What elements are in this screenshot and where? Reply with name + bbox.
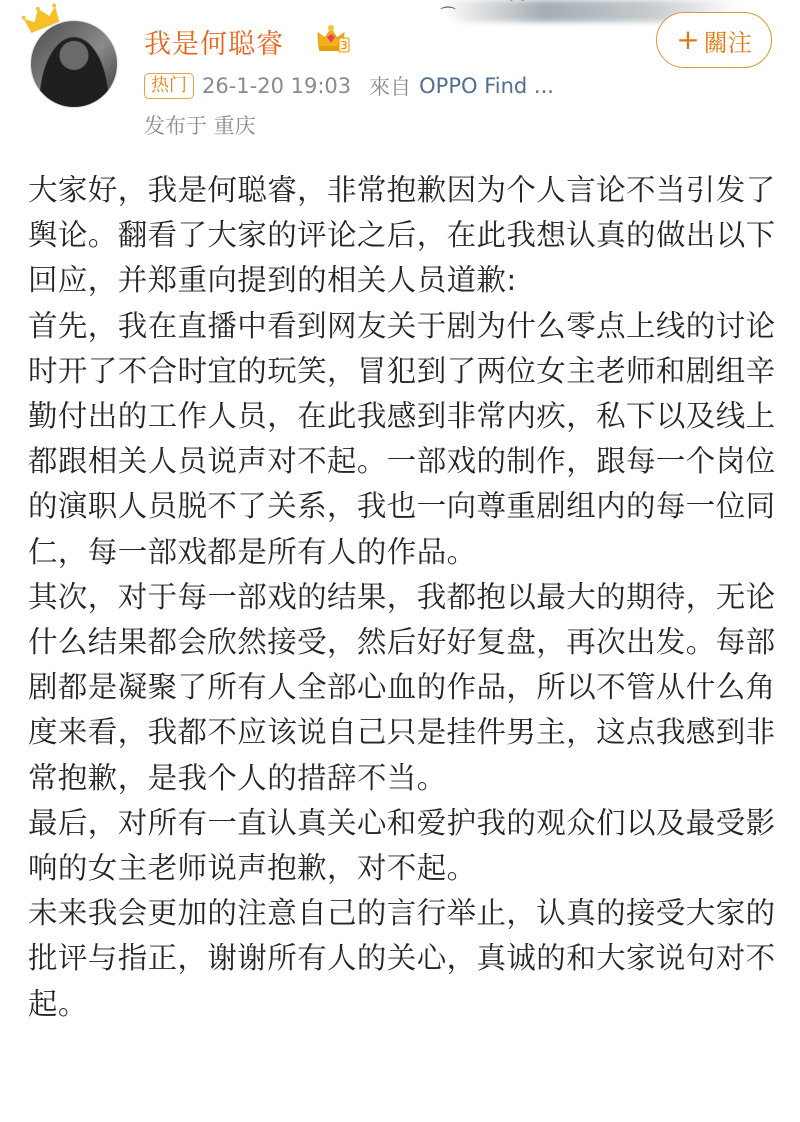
post-meta: 热门 26-1-20 19:03 來自 OPPO Find ...: [144, 72, 554, 100]
content-paragraph-second: 其次，对于每一部戏的结果，我都抱以最大的期待，无论什么结果都会欣然接受，然后好好…: [28, 575, 778, 801]
content-paragraph-finally: 最后，对所有一直认真关心和爱护我的观众们以及最受影响的女主老师说声抱歉，对不起。: [28, 801, 778, 891]
content-paragraph-future: 未来我会更加的注意自己的言行举止，认真的接受大家的批评与指正，谢谢所有人的关心，…: [28, 891, 778, 1027]
hot-tag-badge[interactable]: 热门: [144, 73, 194, 99]
svg-text:3: 3: [341, 39, 348, 52]
source-prefix: 來自: [369, 71, 411, 101]
source-device-link[interactable]: OPPO Find ...: [419, 74, 554, 98]
post-header: 我是何聪睿 3 热门 26-1-20 19:03 來自 OPPO Find ..…: [0, 0, 800, 150]
vip-crown-level-3-icon[interactable]: 3: [316, 24, 350, 54]
content-paragraph-intro: 大家好，我是何聪睿，非常抱歉因为个人言论不当引发了舆论。翻看了大家的评论之后，在…: [28, 168, 778, 304]
follow-button[interactable]: + 關注: [656, 12, 772, 68]
post-content: 大家好，我是何聪睿，非常抱歉因为个人言论不当引发了舆论。翻看了大家的评论之后，在…: [28, 168, 778, 1027]
content-paragraph-first: 首先，我在直播中看到网友关于剧为什么零点上线的讨论时开了不合时宜的玩笑，冒犯到了…: [28, 304, 778, 575]
post-location: 发布于 重庆: [144, 110, 256, 140]
avatar-container[interactable]: [30, 20, 116, 106]
author-name[interactable]: 我是何聪睿: [144, 22, 284, 61]
follow-button-label: 關注: [704, 23, 752, 58]
avatar[interactable]: [30, 20, 118, 108]
plus-icon: +: [676, 26, 699, 54]
post-timestamp: 26-1-20 19:03: [202, 74, 351, 98]
